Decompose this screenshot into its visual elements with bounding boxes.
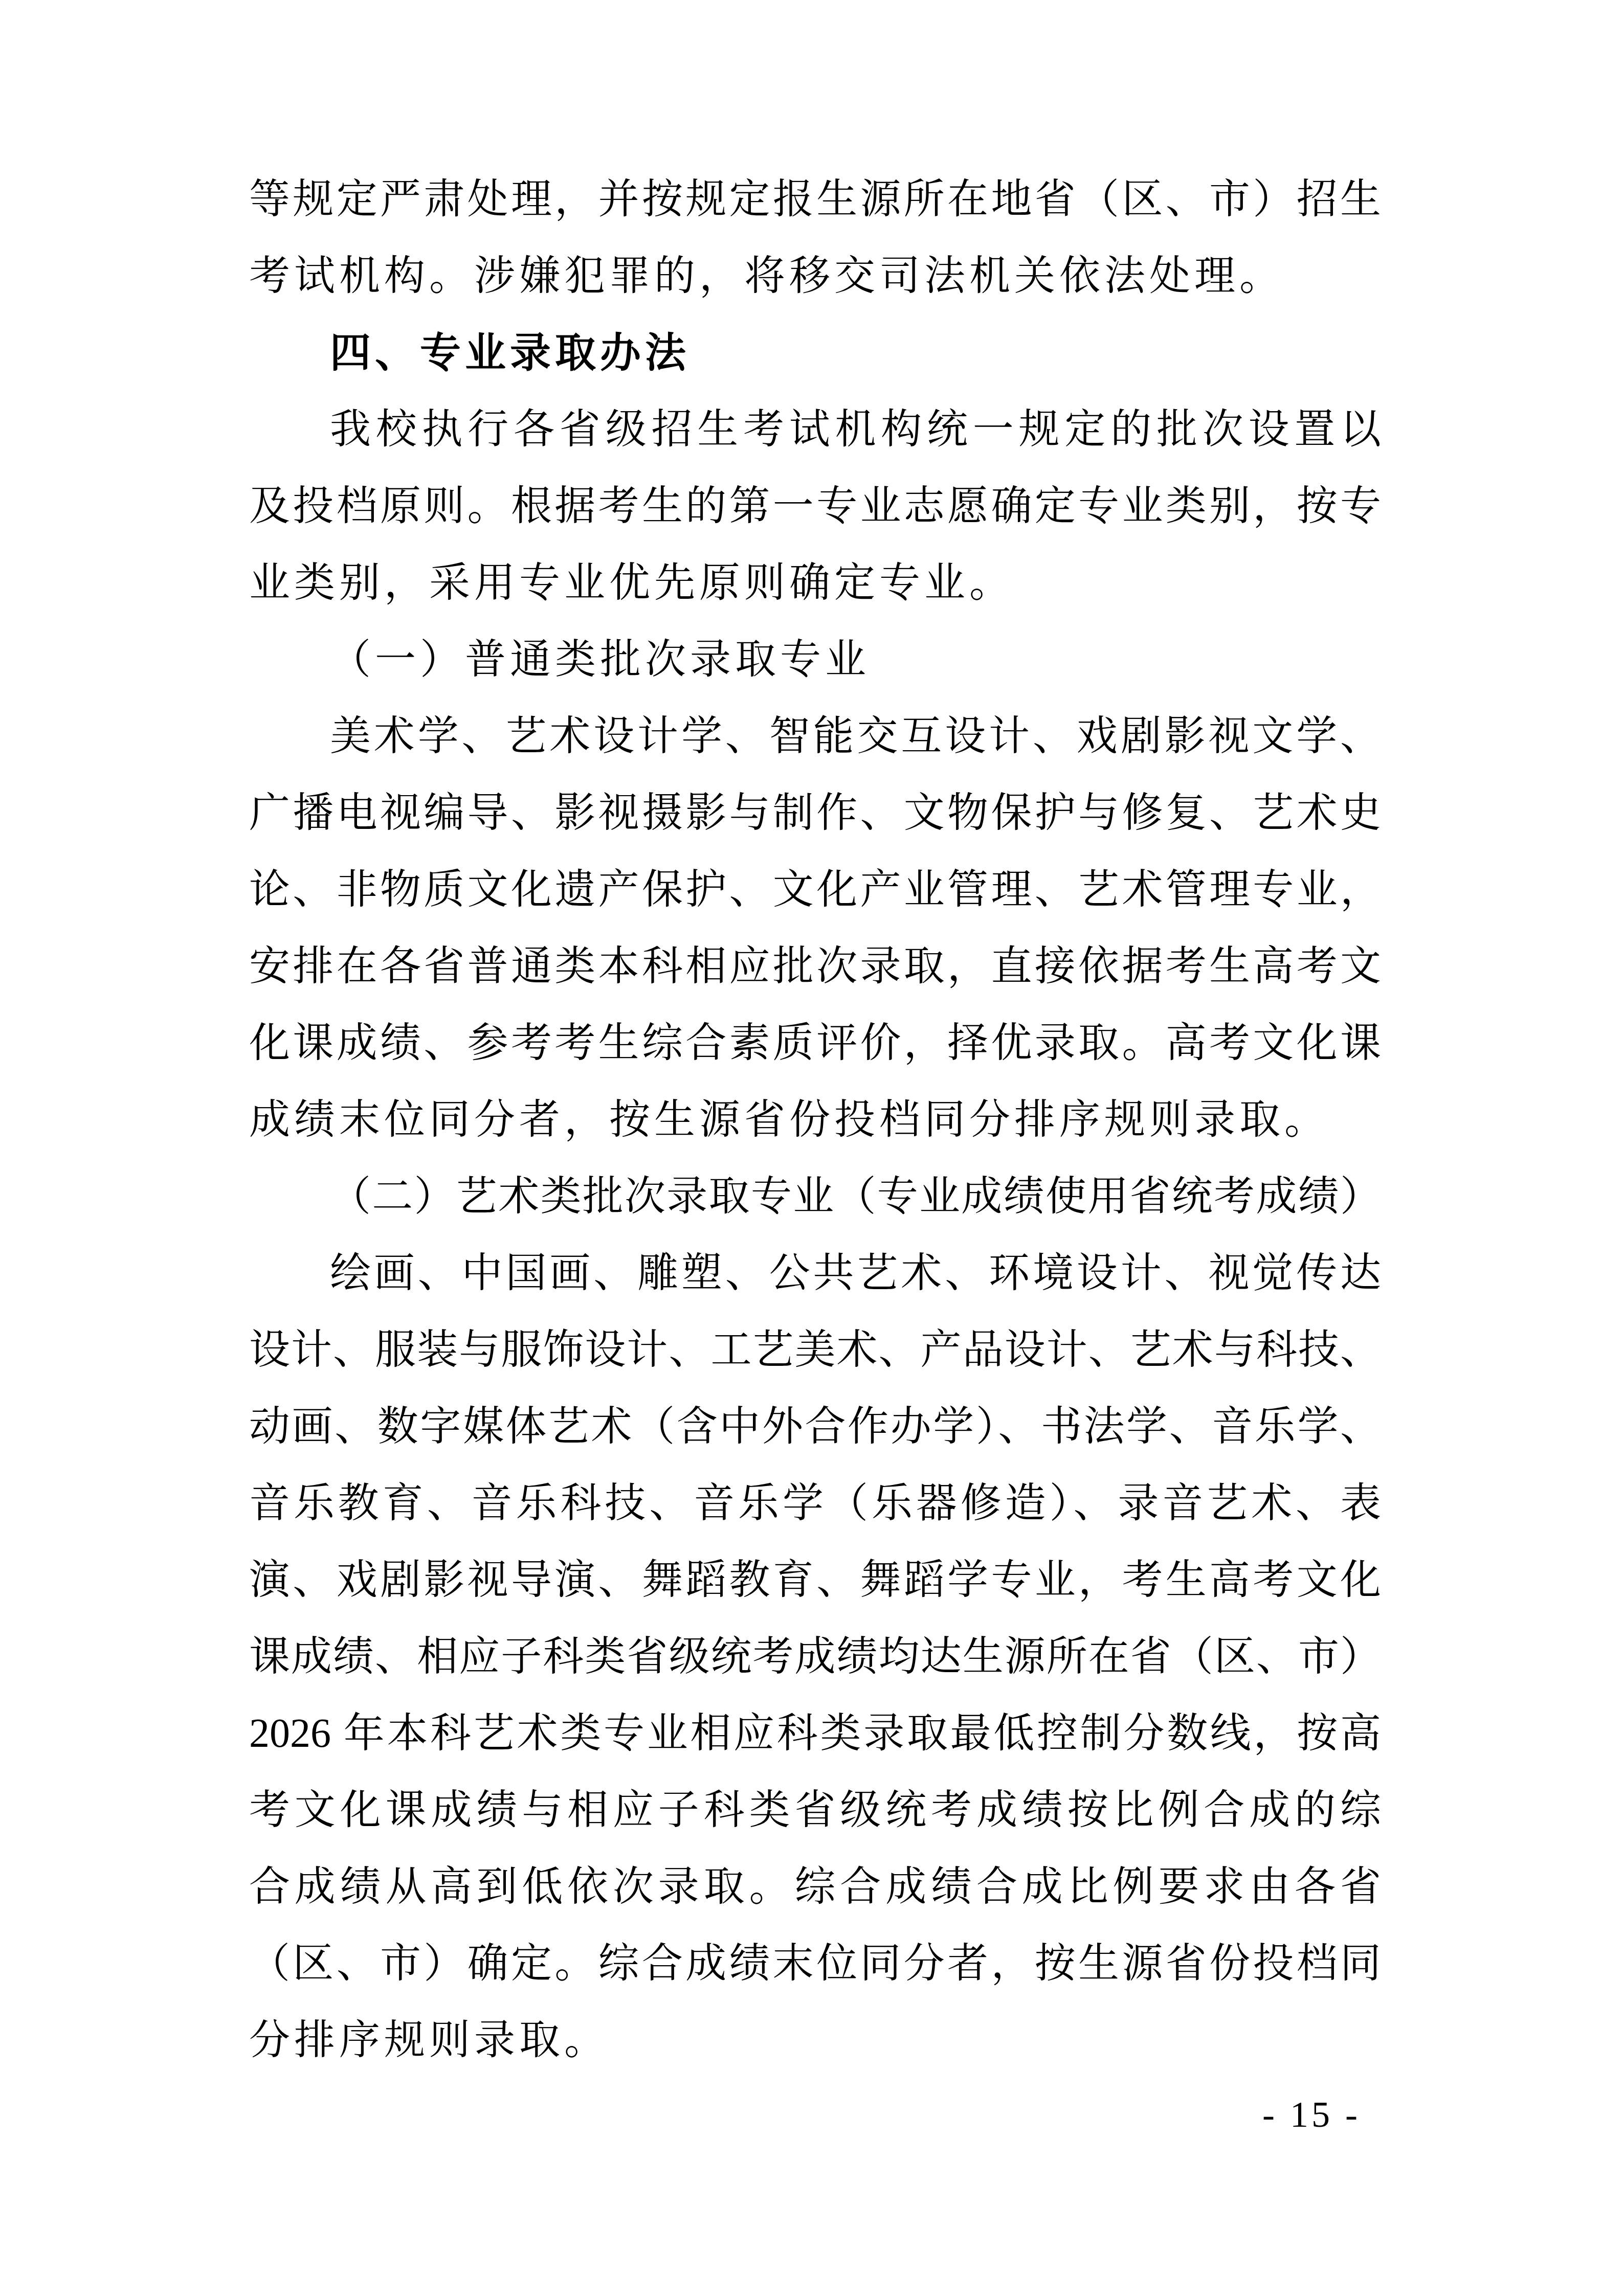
text-line: 广播电视编导、影视摄影与制作、文物保护与修复、艺术史 — [249, 775, 1381, 851]
subsection-heading-2: （二）艺术类批次录取专业（专业成绩使用省统考成绩） — [249, 1158, 1381, 1235]
text-line: 安排在各省普通类本科相应批次录取，直接依据考生高考文 — [249, 928, 1381, 1005]
text-line: 课成绩、相应子科类省级统考成绩均达生源所在省（区、市） — [249, 1618, 1381, 1695]
text-line: 演、戏剧影视导演、舞蹈教育、舞蹈学专业，考生高考文化 — [249, 1542, 1381, 1618]
text-line: 音乐教育、音乐科技、音乐学（乐器修造）、录音艺术、表 — [249, 1465, 1381, 1542]
text-line: 业类别，采用专业优先原则确定专业。 — [249, 545, 1381, 621]
text-line: 化课成绩、参考考生综合素质评价，择优录取。高考文化课 — [249, 1005, 1381, 1082]
text-line: 考试机构。涉嫌犯罪的，将移交司法机关依法处理。 — [249, 238, 1381, 314]
document-page: 等规定严肃处理，并按规定报生源所在地省（区、市）招生 考试机构。涉嫌犯罪的，将移… — [0, 0, 1624, 2296]
text-line: 及投档原则。根据考生的第一专业志愿确定专业类别，按专 — [249, 468, 1381, 545]
text-line: 成绩末位同分者，按生源省份投档同分排序规则录取。 — [249, 1082, 1381, 1158]
text-line: 美术学、艺术设计学、智能交互设计、戏剧影视文学、 — [249, 698, 1381, 775]
text-line: 论、非物质文化遗产保护、文化产业管理、艺术管理专业， — [249, 851, 1381, 928]
text-line: 合成绩从高到低依次录取。综合成绩合成比例要求由各省 — [249, 1849, 1381, 1925]
text-line: 绘画、中国画、雕塑、公共艺术、环境设计、视觉传达 — [249, 1235, 1381, 1312]
text-line: 我校执行各省级招生考试机构统一规定的批次设置以 — [249, 391, 1381, 468]
text-line: 设计、服装与服饰设计、工艺美术、产品设计、艺术与科技、 — [249, 1312, 1381, 1388]
text-block: 等规定严肃处理，并按规定报生源所在地省（区、市）招生 考试机构。涉嫌犯罪的，将移… — [249, 161, 1381, 2079]
text-line: 考文化课成绩与相应子科类省级统考成绩按比例合成的综 — [249, 1772, 1381, 1849]
text-line: （区、市）确定。综合成绩末位同分者，按生源省份投档同 — [249, 1925, 1381, 2002]
section-heading: 四、专业录取办法 — [249, 314, 1381, 391]
text-line: 动画、数字媒体艺术（含中外合作办学）、书法学、音乐学、 — [249, 1388, 1381, 1465]
subsection-heading-1: （一）普通类批次录取专业 — [249, 621, 1381, 698]
text-line: 2026 年本科艺术类专业相应科类录取最低控制分数线，按高 — [249, 1695, 1381, 1772]
page-number: - 15 - — [249, 2076, 1381, 2153]
text-line: 等规定严肃处理，并按规定报生源所在地省（区、市）招生 — [249, 161, 1381, 238]
text-line: 分排序规则录取。 — [249, 2002, 1381, 2079]
